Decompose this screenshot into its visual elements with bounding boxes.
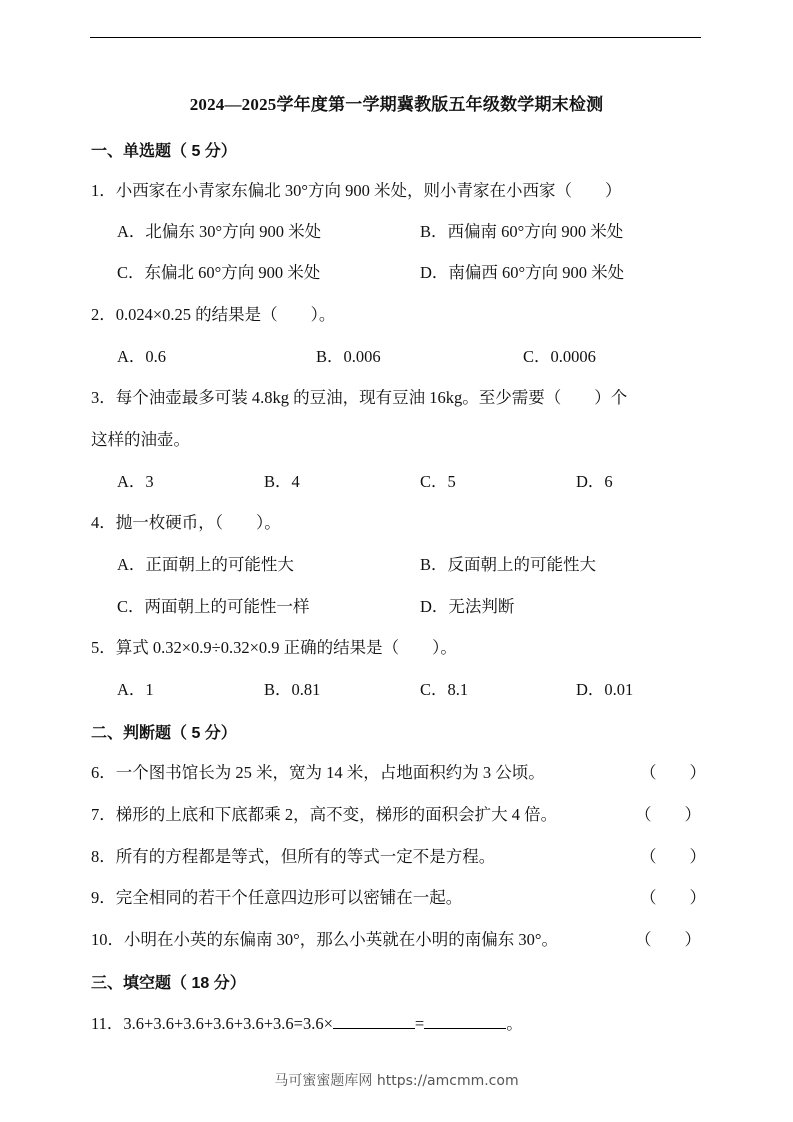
- q5-option-d: D．0.01: [576, 679, 633, 701]
- question-number: 5．: [91, 638, 116, 657]
- q1-option-d: D．南偏西 60°方向 900 米处: [420, 262, 624, 284]
- question-stem: 3.6+3.6+3.6+3.6+3.6+3.6=3.6×: [123, 1014, 333, 1033]
- question-stem: 抛一枚硬币，（ ）。: [116, 513, 281, 532]
- question-9: 9．完全相同的若干个任意四边形可以密铺在一起。: [91, 887, 462, 909]
- q5-option-c: C．8.1: [420, 679, 468, 701]
- question-stem: 每个油壶最多可装 4.8kg 的豆油，现有豆油 16kg。至少需要（ ）个: [116, 388, 628, 407]
- q2-option-a: A．0.6: [117, 346, 166, 368]
- question-number: 3．: [91, 388, 116, 407]
- question-number: 4．: [91, 513, 116, 532]
- section-heading-true-false: 二、判断题（ 5 分）: [91, 720, 237, 743]
- q4-option-a: A．正面朝上的可能性大: [117, 554, 294, 576]
- page-title: 2024—2025学年度第一学期冀教版五年级数学期末检测: [0, 90, 793, 115]
- question-4: 4．抛一枚硬币，（ ）。: [91, 512, 281, 534]
- period: 。: [506, 1014, 523, 1033]
- question-5: 5．算式 0.32×0.9÷0.32×0.9 正确的结果是（ ）。: [91, 637, 457, 659]
- question-number: 6．: [91, 763, 116, 782]
- question-7: 7．梯形的上底和下底都乘 2，高不变，梯形的面积会扩大 4 倍。: [91, 804, 557, 826]
- q3-option-b: B．4: [264, 471, 300, 493]
- q5-option-a: A．1: [117, 679, 154, 701]
- q8-answer-paren[interactable]: （ ）: [640, 846, 706, 868]
- question-1: 1．小西家在小青家东偏北 30°方向 900 米处，则小青家在小西家（ ）: [91, 180, 621, 202]
- question-3-continued: 这样的油壶。: [91, 429, 190, 451]
- question-11: 11．3.6+3.6+3.6+3.6+3.6+3.6=3.6×=。: [91, 1012, 523, 1035]
- question-number: 9．: [91, 888, 116, 907]
- question-stem: 小西家在小青家东偏北 30°方向 900 米处，则小青家在小西家（ ）: [116, 181, 622, 200]
- question-stem: 小明在小英的东偏南 30°，那么小英就在小明的南偏东 30°。: [124, 930, 558, 949]
- q3-option-c: C．5: [420, 471, 456, 493]
- question-stem: 算式 0.32×0.9÷0.32×0.9 正确的结果是（ ）。: [116, 638, 457, 657]
- footer-watermark: 马可蜜蜜题库网 https://amcmm.com: [0, 1070, 793, 1090]
- q3-option-a: A．3: [117, 471, 154, 493]
- q9-answer-paren[interactable]: （ ）: [640, 887, 706, 909]
- question-stem: 一个图书馆长为 25 米，宽为 14 米，占地面积约为 3 公顷。: [116, 763, 545, 782]
- question-number: 10．: [91, 930, 124, 949]
- question-8: 8．所有的方程都是等式，但所有的等式一定不是方程。: [91, 846, 495, 868]
- answer-blank-2[interactable]: [424, 1012, 506, 1029]
- question-number: 1．: [91, 181, 116, 200]
- equals-sign: =: [415, 1014, 424, 1033]
- question-number: 2．: [91, 305, 116, 324]
- q10-answer-paren[interactable]: （ ）: [635, 929, 701, 951]
- question-number: 8．: [91, 847, 116, 866]
- question-number: 7．: [91, 805, 116, 824]
- q6-answer-paren[interactable]: （ ）: [640, 762, 706, 784]
- q3-option-d: D．6: [576, 471, 613, 493]
- q4-option-c: C．两面朝上的可能性一样: [117, 596, 310, 618]
- question-stem: 梯形的上底和下底都乘 2，高不变，梯形的面积会扩大 4 倍。: [116, 805, 557, 824]
- question-6: 6．一个图书馆长为 25 米，宽为 14 米，占地面积约为 3 公顷。: [91, 762, 545, 784]
- question-2: 2．0.024×0.25 的结果是（ ）。: [91, 304, 335, 326]
- question-number: 11．: [91, 1014, 123, 1033]
- q4-option-b: B．反面朝上的可能性大: [420, 554, 596, 576]
- q5-option-b: B．0.81: [264, 679, 320, 701]
- question-stem: 所有的方程都是等式，但所有的等式一定不是方程。: [116, 847, 496, 866]
- q2-option-c: C．0.0006: [523, 346, 596, 368]
- answer-blank-1[interactable]: [333, 1012, 415, 1029]
- question-3: 3．每个油壶最多可装 4.8kg 的豆油，现有豆油 16kg。至少需要（ ）个: [91, 387, 701, 409]
- question-stem: 0.024×0.25 的结果是（ ）。: [116, 305, 336, 324]
- section-heading-single-choice: 一、单选题（ 5 分）: [91, 138, 237, 161]
- q1-option-a: A．北偏东 30°方向 900 米处: [117, 221, 321, 243]
- question-10: 10．小明在小英的东偏南 30°，那么小英就在小明的南偏东 30°。: [91, 929, 558, 951]
- q2-option-b: B．0.006: [316, 346, 381, 368]
- question-stem: 完全相同的若干个任意四边形可以密铺在一起。: [116, 888, 463, 907]
- q4-option-d: D．无法判断: [420, 596, 514, 618]
- q1-option-b: B．西偏南 60°方向 900 米处: [420, 221, 623, 243]
- q1-option-c: C．东偏北 60°方向 900 米处: [117, 262, 320, 284]
- header-rule: [90, 37, 701, 38]
- q7-answer-paren[interactable]: （ ）: [635, 804, 701, 826]
- section-heading-fill-blank: 三、填空题（ 18 分）: [91, 970, 246, 993]
